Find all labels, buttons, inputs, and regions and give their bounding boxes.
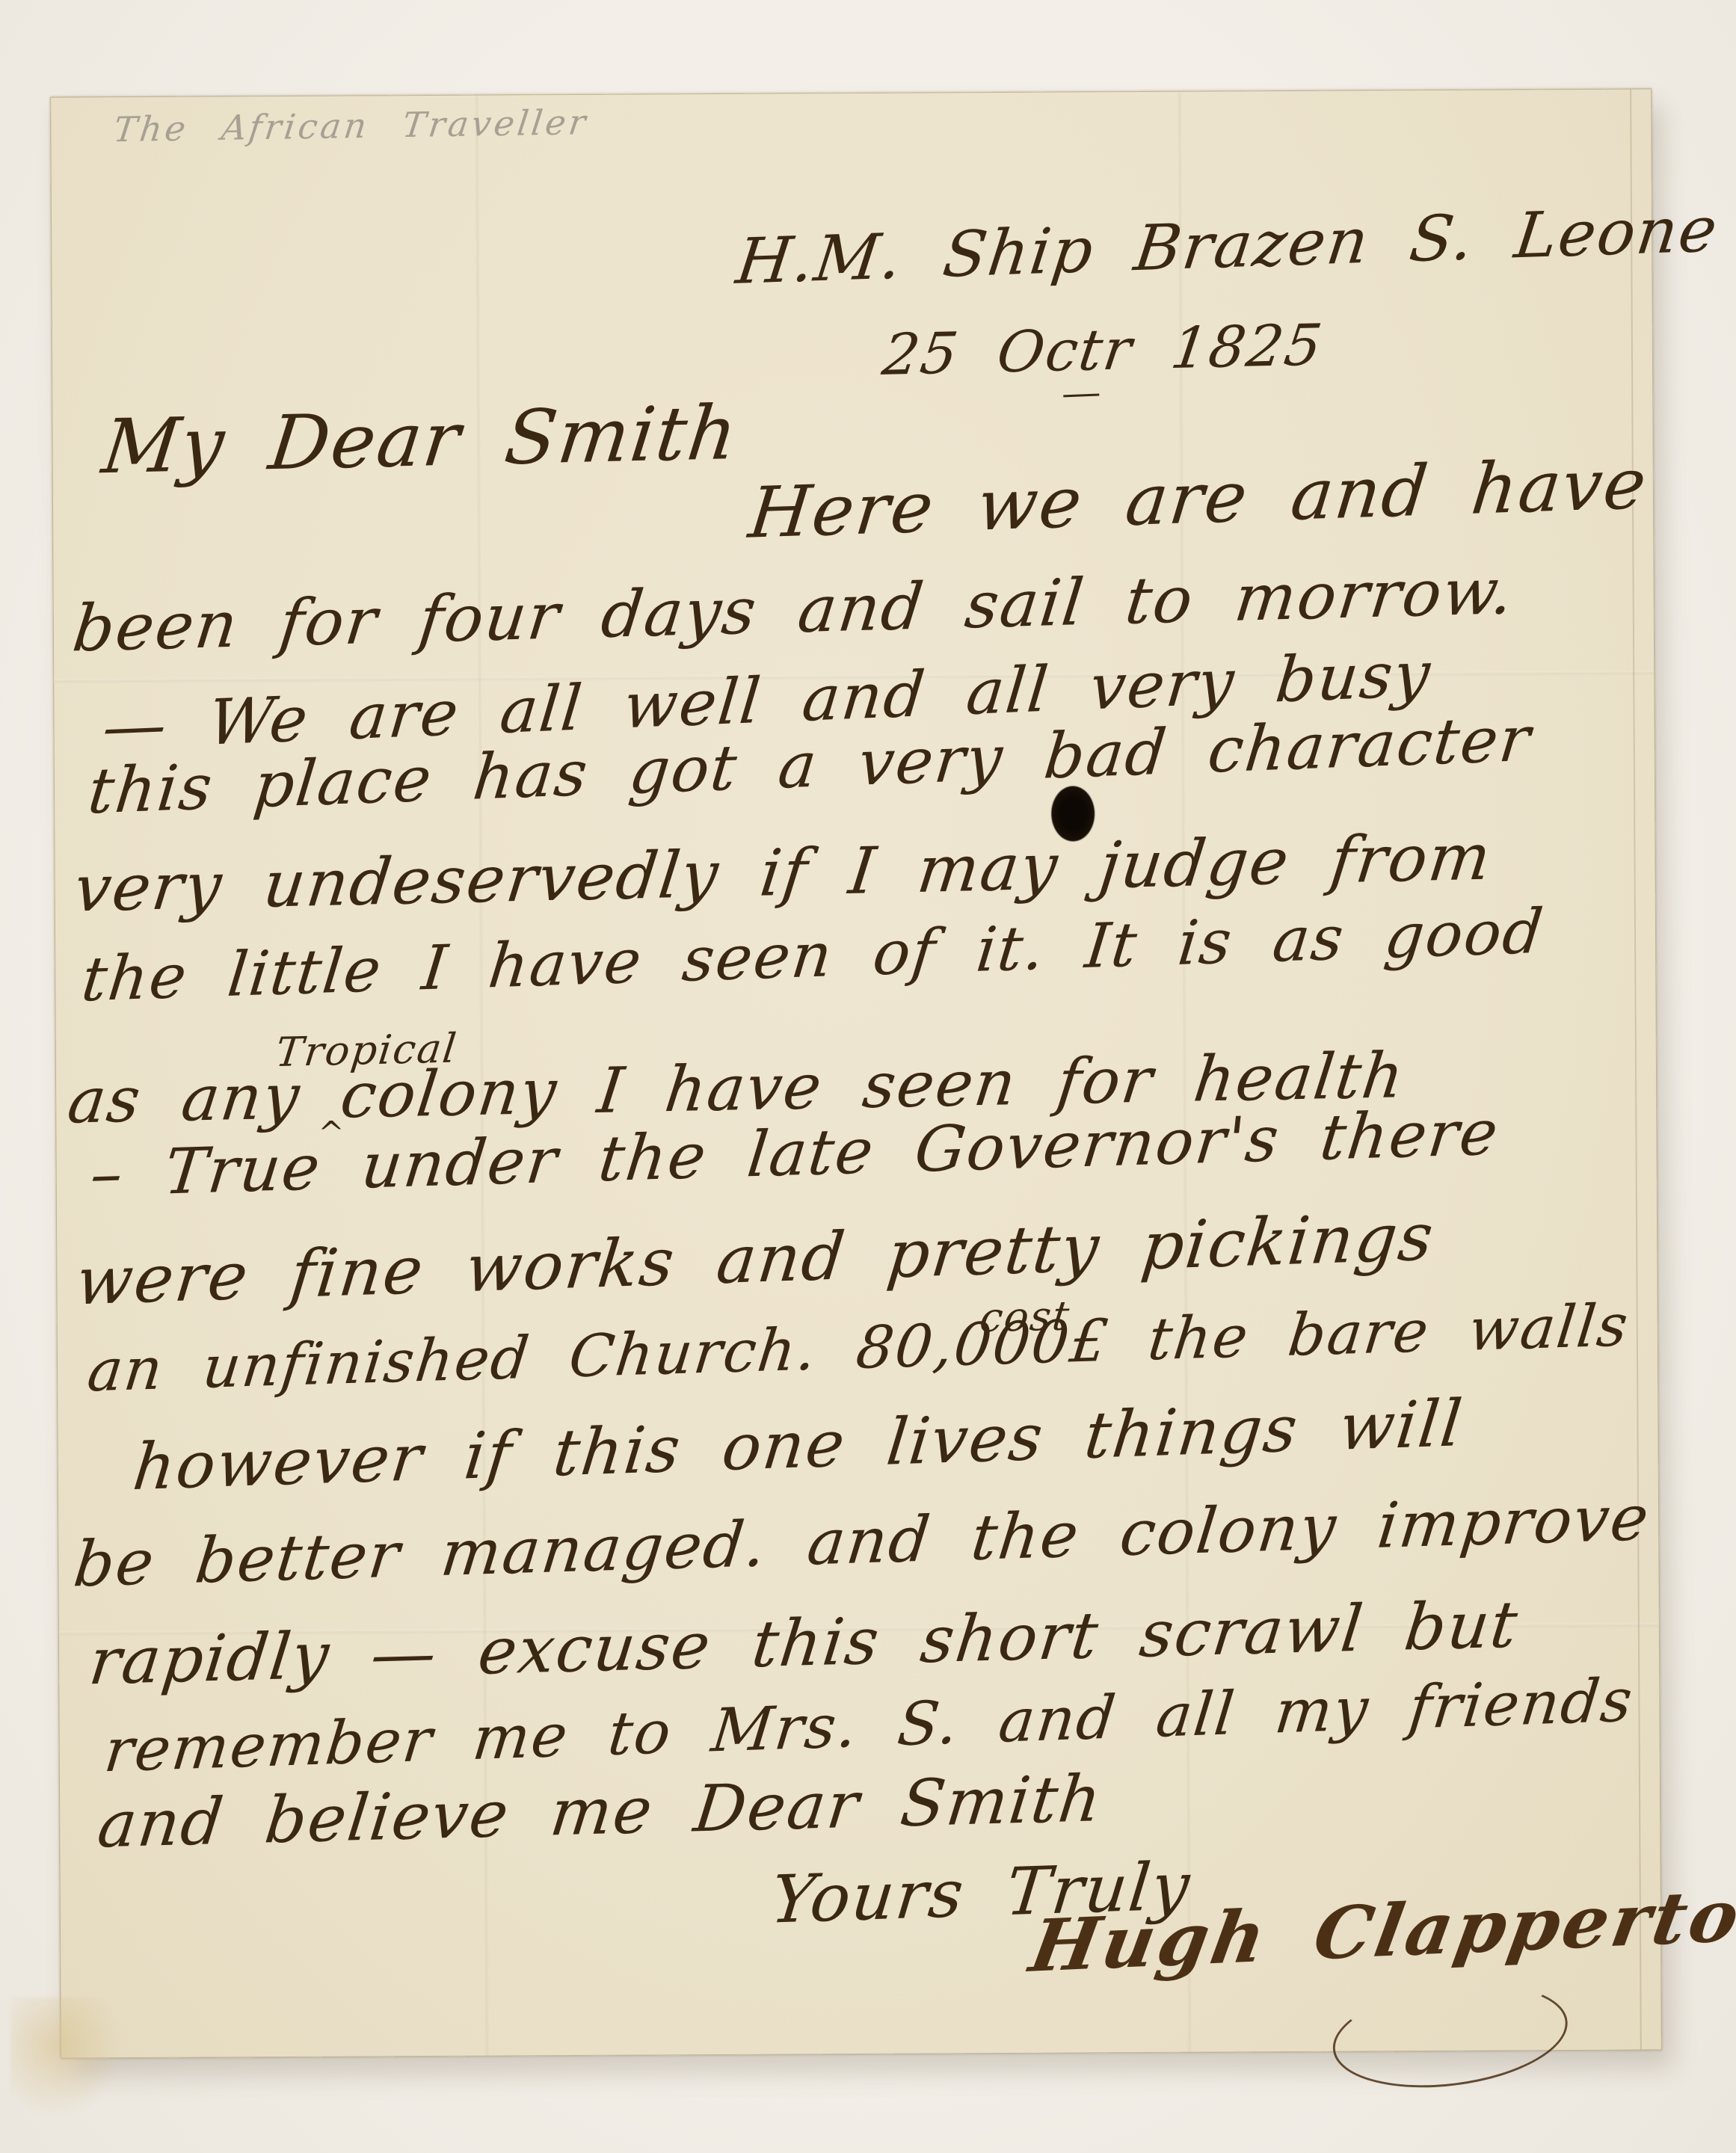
letter-line: be better managed. and the colony improv…	[71, 1486, 1653, 1595]
letter-line: were fine works and pretty pickings	[73, 1204, 1438, 1314]
heading-place: H.M. Ship Brazen S. Leone	[733, 197, 1722, 292]
pencil-annotation: The African Traveller	[111, 105, 590, 147]
letter-line: Here we are and have	[745, 449, 1651, 549]
scanned-letter-photo: { "scan": { "background_color": "#f3efe8…	[0, 0, 1736, 2153]
letter-page: The African Traveller H.M. Ship Brazen S…	[50, 88, 1662, 2058]
stain	[10, 1998, 123, 2117]
second-leaf-edge	[1630, 90, 1642, 2050]
signature-flourish	[1327, 1971, 1574, 2100]
letter-line: an unfinished Church. 80,000£ the bare w…	[84, 1296, 1632, 1400]
punch-hole	[1051, 786, 1095, 841]
salutation: My Dear Smith	[99, 395, 742, 484]
letter-line: however if this one lives things will	[130, 1391, 1466, 1500]
heading-date: 25 Octr 1825	[879, 316, 1326, 383]
date-underline	[1063, 393, 1099, 397]
